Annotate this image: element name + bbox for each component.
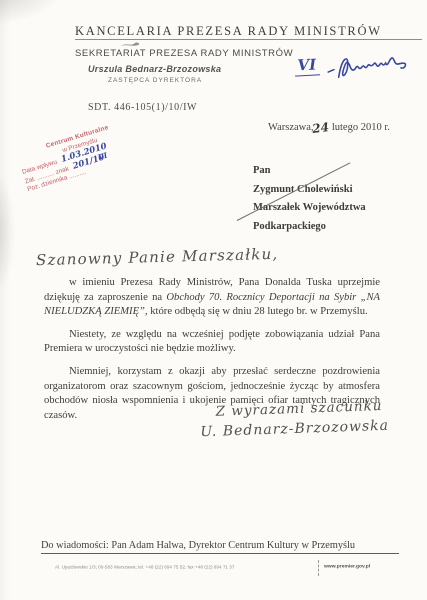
official-name: Urszula Bednarz-Brzozowska (88, 64, 221, 74)
handwritten-scribble (322, 47, 411, 88)
letterhead-rule (75, 39, 422, 40)
letterhead-secretariat: SEKRETARIAT PREZESA RADY MINISTRÓW (75, 48, 293, 59)
paragraph-2: Niestety, ze względu na wcześniej podjęt… (44, 328, 380, 357)
footer-divider (318, 560, 319, 576)
dateline-city: Warszawa, (268, 122, 314, 133)
scanned-letter-page: KANCELARIA PREZESA RADY MINISTRÓW SEKRET… (0, 0, 427, 600)
footer-website: www.premier.gov.pl (324, 563, 370, 569)
official-title: ZASTĘPCA DYREKTORA (108, 77, 202, 84)
reference-number: SDT. 446-105(1)/10/IW (88, 102, 197, 113)
recipient-line: Podkarpackiego (253, 218, 366, 237)
handwritten-blue-note: VI (294, 47, 411, 91)
paragraph-1-end: , które odbędą się w dniu 28 lutego br. … (145, 306, 368, 317)
paragraph-1: w imieniu Prezesa Rady Ministrów, Pana D… (44, 276, 380, 320)
blue-note-prefix: VI (294, 55, 320, 76)
intake-stamp: Centrum Kulturalne w Przemyślu Data wpły… (16, 115, 150, 195)
recipient-block: Pan Zygmunt Cholewiński Marszałek Wojewó… (253, 162, 366, 236)
handwritten-salutation: Szanowny Panie Marszałku, (36, 245, 279, 269)
letterhead-org-title: KANCELARIA PREZESA RADY MINISTRÓW (75, 24, 382, 39)
footer-address: Al. Ujazdowskie 1/3; 00-583 Warszawa; te… (55, 564, 234, 570)
handwritten-closing: Z wyrazami szacunku U. Bednarz-Brzozowsk… (199, 398, 389, 441)
dateline-rest: lutego 2010 r. (329, 122, 390, 133)
dateline-handwritten-day: 24 (311, 120, 329, 136)
recipient-line: Pan (253, 162, 366, 181)
cc-line: Do wiadomości: Pan Adam Halwa, Dyrektor … (41, 540, 399, 554)
dateline: Warszawa,24 lutego 2010 r. (268, 119, 390, 133)
signature: U. Bednarz-Brzozowska (200, 418, 389, 441)
